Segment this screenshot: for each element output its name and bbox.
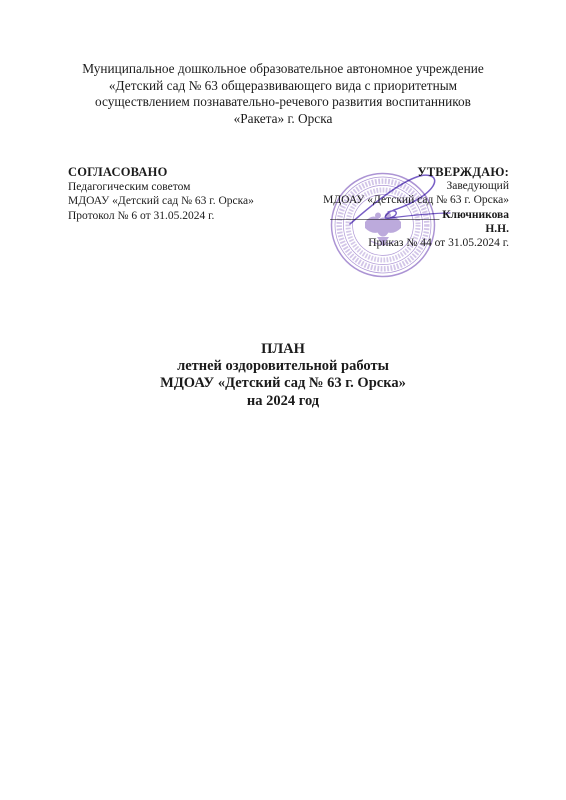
approved-order-line: Приказ № 44 от 31.05.2024 г. — [249, 236, 509, 250]
institution-header-line: осуществлением познавательно-речевого ра… — [38, 94, 528, 111]
institution-header-line: «Ракета» г. Орска — [38, 111, 528, 128]
document-title: ПЛАН летней оздоровительной работы МДОАУ… — [0, 341, 566, 410]
approved-block: УТВЕРЖДАЮ: Заведующий МДОАУ «Детский сад… — [249, 165, 509, 250]
signature-line: ___________________ — [330, 209, 439, 221]
approved-line: МДОАУ «Детский сад № 63 г. Орска» — [249, 193, 509, 207]
document-page: Муниципальное дошкольное образовательное… — [0, 0, 566, 800]
document-title-line: МДОАУ «Детский сад № 63 г. Орска» — [0, 375, 566, 392]
approved-line: Заведующий — [249, 179, 509, 193]
approved-title: УТВЕРЖДАЮ: — [249, 165, 509, 179]
document-title-line: ПЛАН — [0, 341, 566, 358]
approver-initials: Н.Н. — [249, 222, 509, 236]
institution-header-line: «Детский сад № 63 общеразвивающего вида … — [38, 78, 528, 95]
institution-header: Муниципальное дошкольное образовательное… — [38, 61, 528, 127]
institution-header-line: Муниципальное дошкольное образовательное… — [38, 61, 528, 78]
approver-surname: Ключникова — [442, 209, 509, 221]
document-title-line: летней оздоровительной работы — [0, 358, 566, 375]
signature-line-row: ___________________ Ключникова — [249, 208, 509, 222]
document-title-line: на 2024 год — [0, 393, 566, 410]
